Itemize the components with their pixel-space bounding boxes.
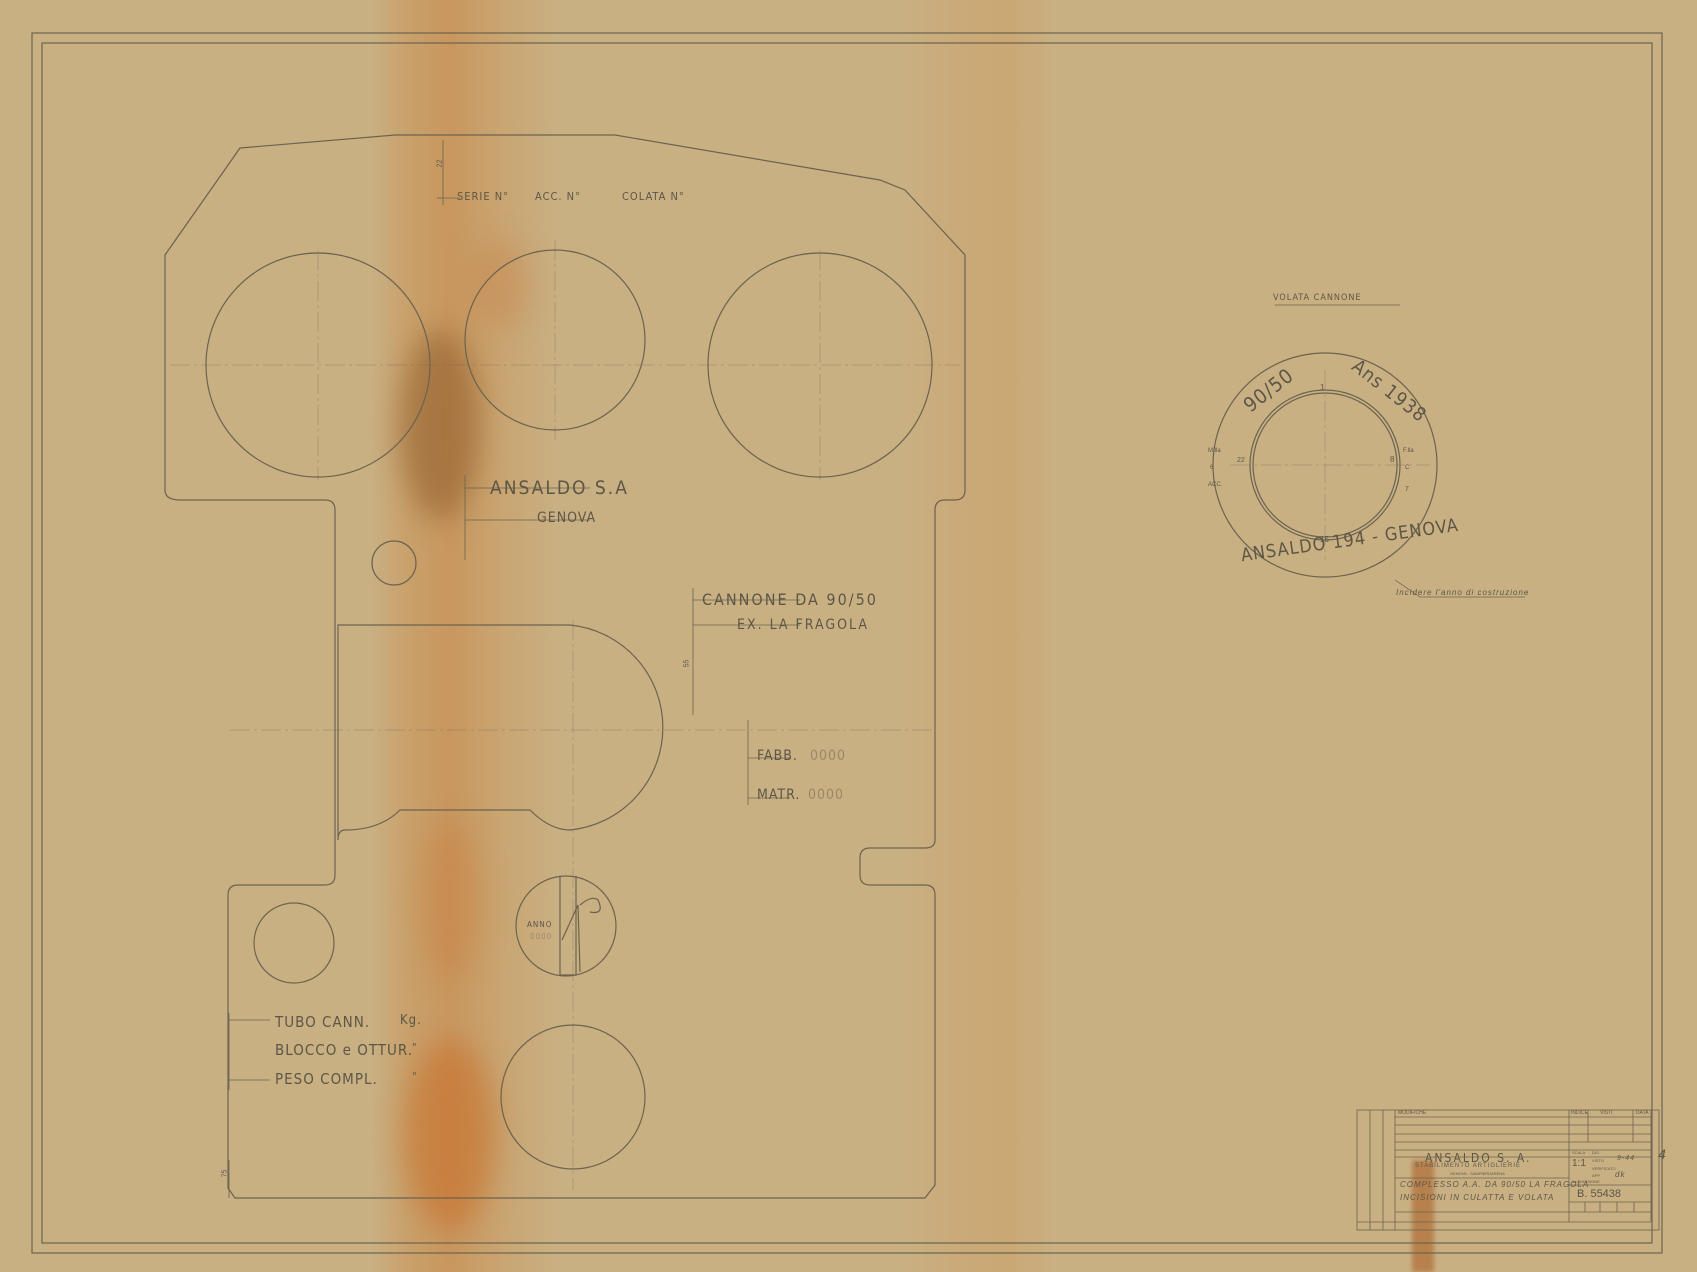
detail-anno-value: 0000 <box>530 932 552 941</box>
title-block-location: GENOVA - SAMPIERDARENA <box>1450 1171 1505 1176</box>
matr-value: 0000 <box>808 787 844 803</box>
dimension-label: 75 <box>221 1170 228 1178</box>
weight-label-tubo: TUBO CANN. <box>275 1013 370 1031</box>
weight-unit-peso: " <box>412 1070 418 1083</box>
muzzle-mark-top: 1 <box>1320 383 1324 392</box>
title-block-header-indice: INDICE <box>1571 1110 1588 1116</box>
title-block-field-app: APP. <box>1592 1173 1601 1178</box>
plate-outline <box>165 135 965 1198</box>
muzzle-left-label: M.lla <box>1208 448 1221 454</box>
muzzle-mark-bottom: 15 <box>1320 535 1329 544</box>
title-block-drawing-number: B. 55438 <box>1577 1188 1621 1200</box>
muzzle-right-label: 7 <box>1405 486 1409 493</box>
title-block-description-1: COMPLESSO A.A. DA 90/50 LA FRAGOLA <box>1400 1180 1589 1189</box>
plate-cutout <box>338 625 663 840</box>
technical-drawing <box>0 0 1697 1272</box>
label-colata: COLATA N° <box>622 190 685 203</box>
dimension-label: 22 <box>436 160 443 168</box>
muzzle-left-label: 6 <box>1210 465 1213 471</box>
gun-label-line2: EX. LA FRAGOLA <box>737 617 869 633</box>
title-block-scale-label: SCALA <box>1572 1150 1585 1155</box>
title-block-scale-value: 1:1 <box>1572 1158 1586 1169</box>
muzzle-left-label: ACC. <box>1208 482 1222 488</box>
label-serie: SERIE N° <box>457 190 509 203</box>
weight-unit-tubo: Kg. <box>400 1013 422 1028</box>
title-block-field-dis: DIS. <box>1592 1150 1600 1155</box>
circle-lower-left <box>254 903 334 983</box>
muzzle-right-label: C <box>1405 465 1409 471</box>
circle-small <box>372 541 416 585</box>
muzzle-note: Incidere l'anno di costruzione <box>1396 588 1529 597</box>
title-block-division: STABILIMENTO ARTIGLIERIE <box>1415 1163 1521 1169</box>
weight-label-peso: PESO COMPL. <box>275 1070 378 1088</box>
weight-unit-blocco: " <box>412 1041 418 1054</box>
manufacturer-name: ANSALDO S.A <box>490 477 629 499</box>
title-block-description-2: INCISIONI IN CULATTA E VOLATA <box>1400 1193 1554 1202</box>
weight-label-blocco: BLOCCO e OTTUR. <box>275 1041 413 1059</box>
gun-label-line1: CANNONE DA 90/50 <box>702 590 878 609</box>
muzzle-mark-left: 22 <box>1237 457 1245 464</box>
detail-anno-label: ANNO <box>527 920 552 929</box>
matr-label: MATR. <box>757 787 800 803</box>
muzzle-right-label: F.lla <box>1403 448 1414 454</box>
title-block-field-verificato: VERIFICATO <box>1592 1166 1616 1171</box>
label-acc: ACC. N° <box>535 190 581 203</box>
title-block-first-issue: 1a EMISSIONE <box>1572 1179 1600 1184</box>
fabb-value: 0000 <box>810 748 846 764</box>
dimension-label: 55 <box>683 660 690 668</box>
title-block-header-visti: VISTI <box>1600 1110 1613 1116</box>
fabb-label: FABB. <box>757 748 798 764</box>
title-block-sheet-mark: 4 <box>1658 1146 1667 1162</box>
title-block-header-data: DATA <box>1636 1110 1649 1116</box>
muzzle-title: VOLATA CANNONE <box>1273 293 1362 303</box>
inner-frame <box>42 43 1652 1243</box>
title-block-drawn-date: 9-44 <box>1617 1155 1635 1162</box>
title-block-header-modifiche: MODIFICHE <box>1398 1110 1426 1116</box>
title-block-initials: dk <box>1615 1170 1625 1179</box>
muzzle-mark-right: 8 <box>1390 455 1394 464</box>
blueprint-sheet: SERIE N° ACC. N° COLATA N° ANSALDO S.A G… <box>0 0 1697 1272</box>
title-block-field-visto: VISTO <box>1592 1158 1604 1163</box>
manufacturer-city: GENOVA <box>537 510 596 526</box>
